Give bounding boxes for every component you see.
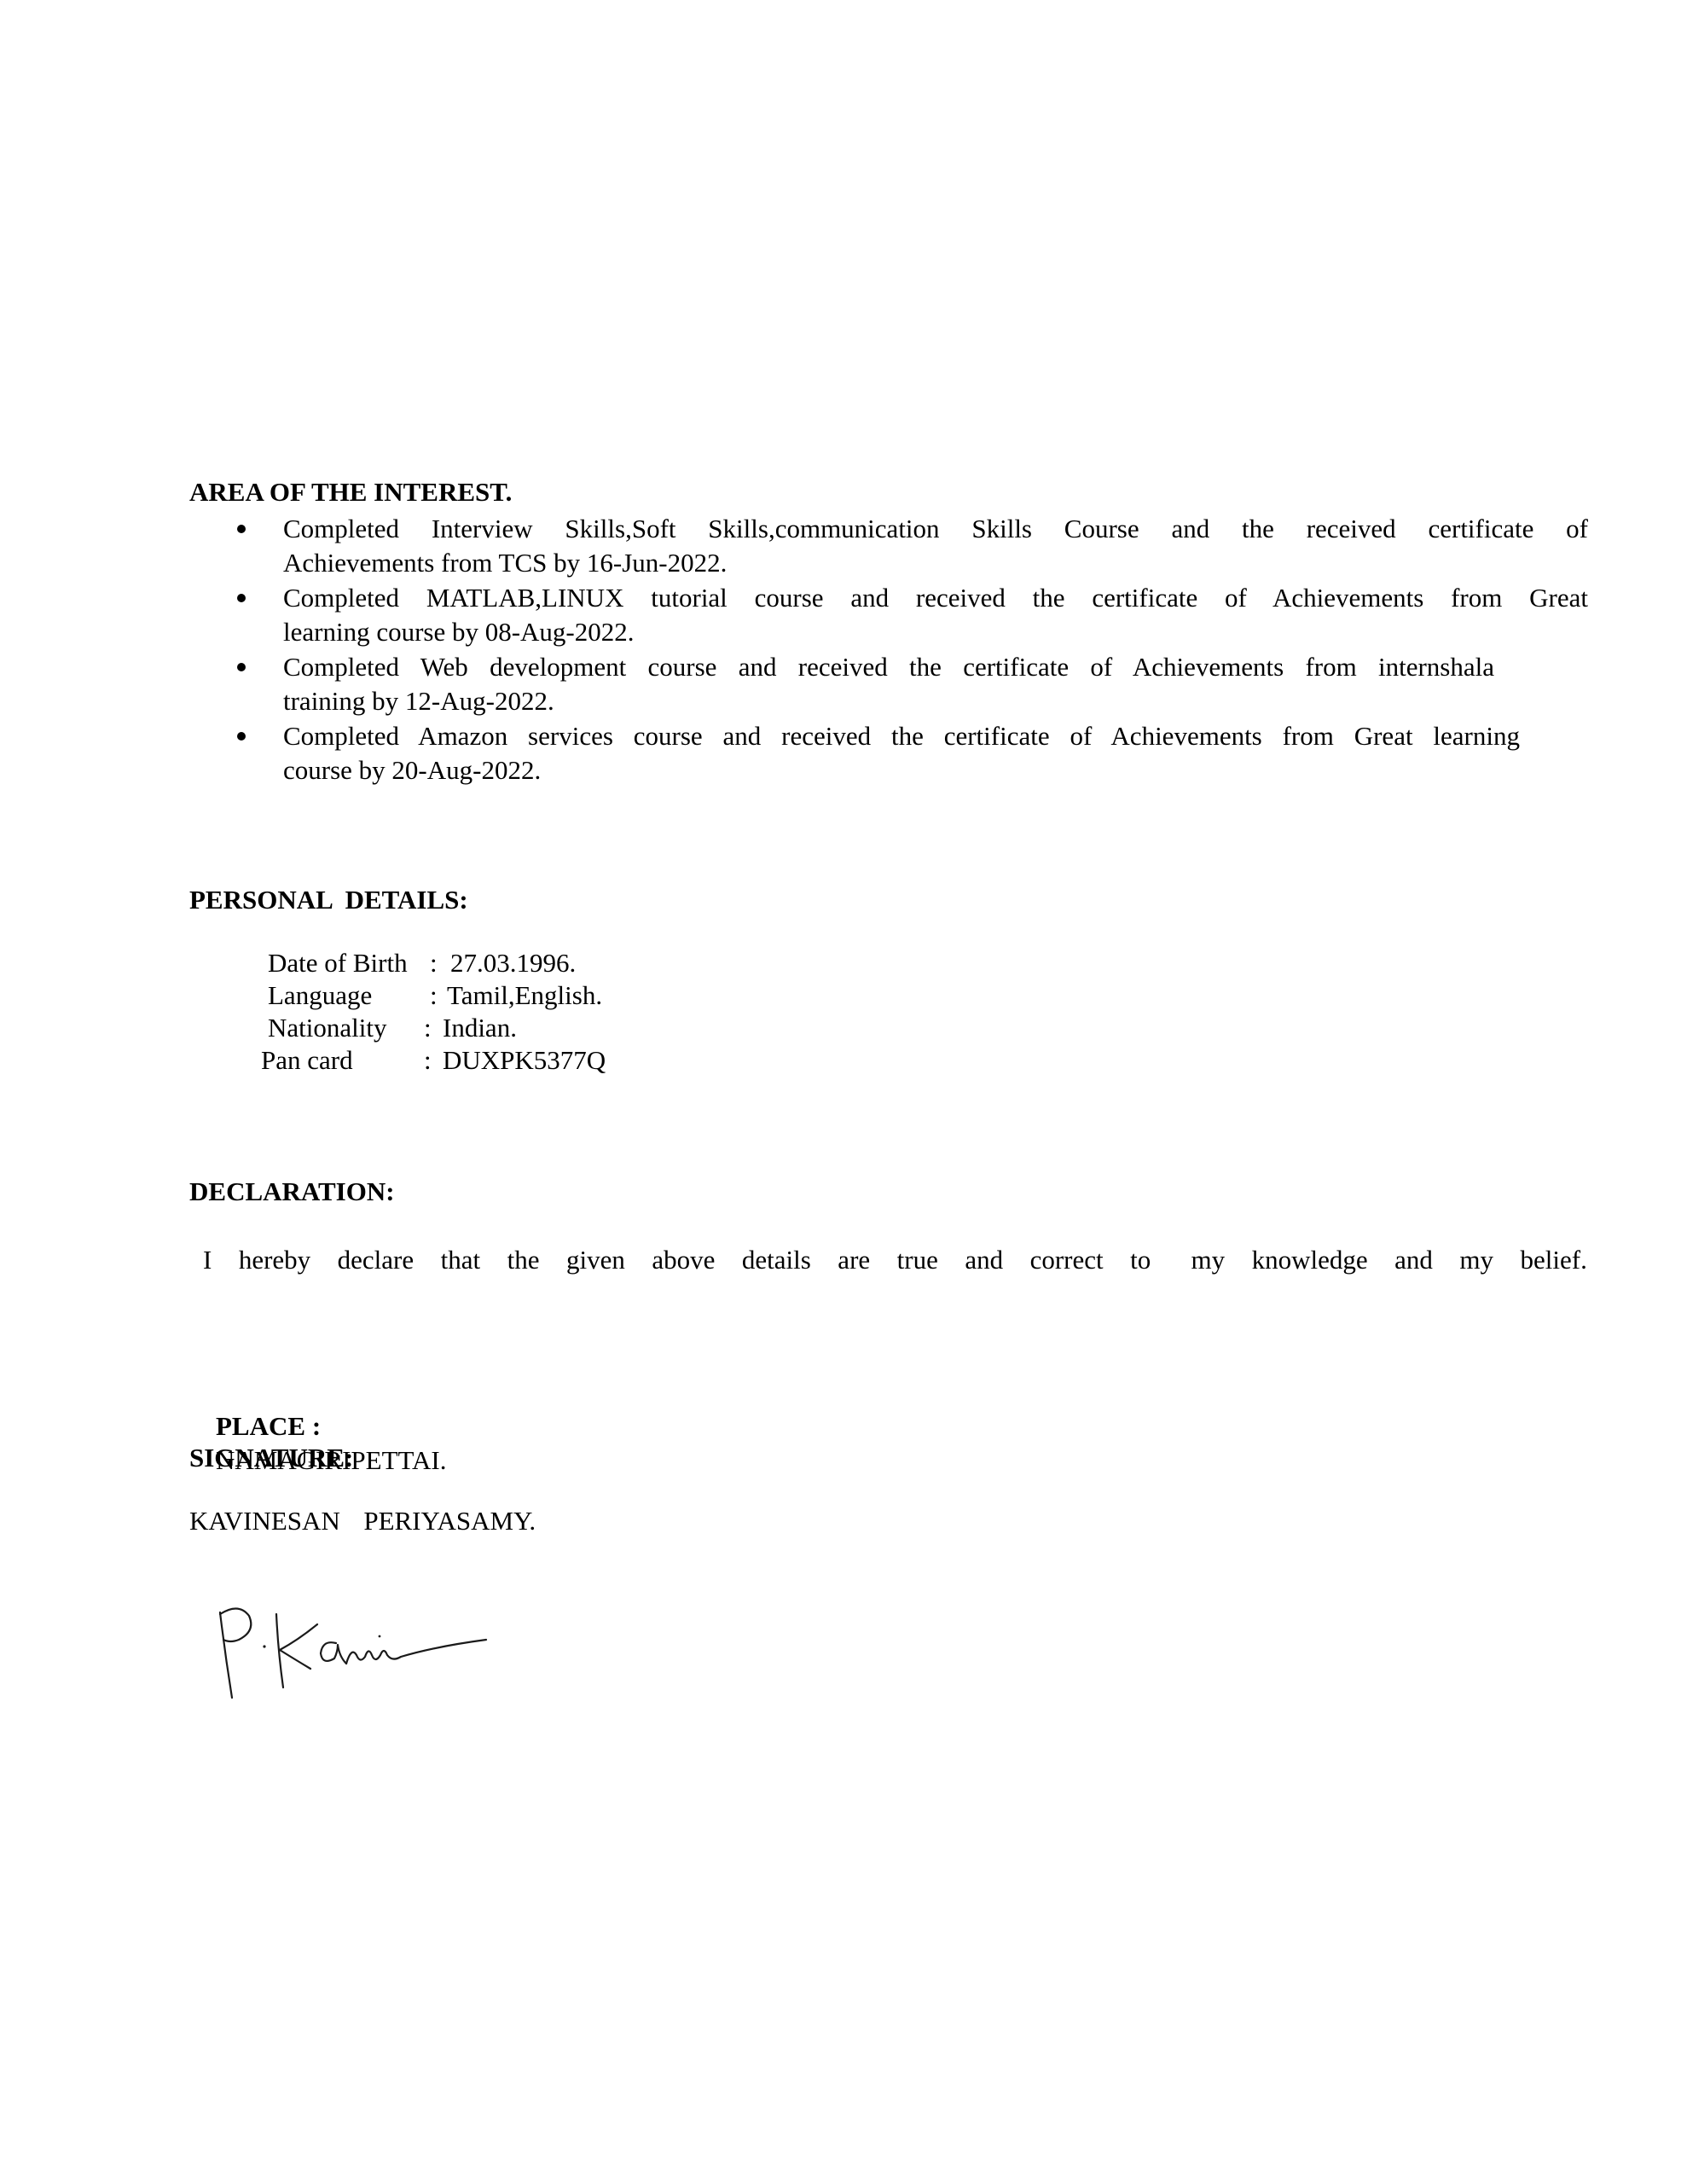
signature-heading: SIGNATURE:	[189, 1442, 353, 1474]
list-item-line: learning course by 08-Aug-2022.	[283, 615, 1588, 649]
list-item-line: Achievements from TCS by 16-Jun-2022.	[283, 546, 1588, 580]
detail-label: Language	[268, 979, 372, 1012]
detail-separator: :	[430, 947, 438, 979]
personal-details-table: Date of Birth : 27.03.1996. Language : T…	[259, 947, 299, 1077]
list-item: Completed MATLAB,LINUX tutorial course a…	[230, 581, 1588, 649]
declaration-heading: DECLARATION:	[189, 1176, 395, 1208]
place-label: PLACE :	[216, 1411, 321, 1441]
detail-separator: :	[424, 1012, 432, 1044]
bullet-icon	[237, 732, 246, 741]
list-item-line: Completed Web development course and rec…	[283, 650, 1494, 684]
bullet-icon	[237, 525, 246, 533]
detail-value: 27.03.1996.	[450, 947, 576, 979]
declaration-text: I hereby declare that the given above de…	[203, 1243, 1587, 1277]
handwritten-signature-image	[205, 1587, 546, 1715]
list-item-line: Completed Interview Skills,Soft Skills,c…	[283, 512, 1588, 546]
list-item-line: Completed Amazon services course and rec…	[283, 719, 1520, 753]
area-of-interest-heading: AREA OF THE INTEREST.	[189, 476, 512, 508]
detail-row-language: Language : Tamil,English.	[259, 979, 299, 1012]
detail-label: Date of Birth	[268, 947, 408, 979]
detail-row-pan-card: Pan card : DUXPK5377Q	[259, 1044, 299, 1077]
bullet-icon	[237, 594, 246, 602]
detail-label: Pan card	[261, 1044, 353, 1077]
detail-separator: :	[424, 1044, 432, 1077]
list-item-line: course by 20-Aug-2022.	[283, 753, 1588, 787]
detail-label: Nationality	[268, 1012, 386, 1044]
detail-value: DUXPK5377Q	[443, 1044, 606, 1077]
personal-details-heading: PERSONAL DETAILS:	[189, 884, 468, 916]
list-item: Completed Interview Skills,Soft Skills,c…	[230, 512, 1588, 580]
list-item-line: training by 12-Aug-2022.	[283, 684, 1588, 718]
detail-row-dob: Date of Birth : 27.03.1996.	[259, 947, 299, 979]
list-item: Completed Amazon services course and rec…	[230, 719, 1588, 787]
signatory-name: KAVINESAN PERIYASAMY.	[189, 1504, 536, 1538]
list-item-line: Completed MATLAB,LINUX tutorial course a…	[283, 581, 1588, 615]
bullet-icon	[237, 663, 246, 671]
detail-row-nationality: Nationality : Indian.	[259, 1012, 299, 1044]
detail-separator: :	[430, 979, 438, 1012]
resume-page: AREA OF THE INTEREST. Completed Intervie…	[0, 0, 1687, 2184]
area-of-interest-list: Completed Interview Skills,Soft Skills,c…	[230, 512, 1588, 788]
detail-value: Indian.	[443, 1012, 517, 1044]
list-item: Completed Web development course and rec…	[230, 650, 1588, 718]
detail-value: Tamil,English.	[447, 979, 602, 1012]
